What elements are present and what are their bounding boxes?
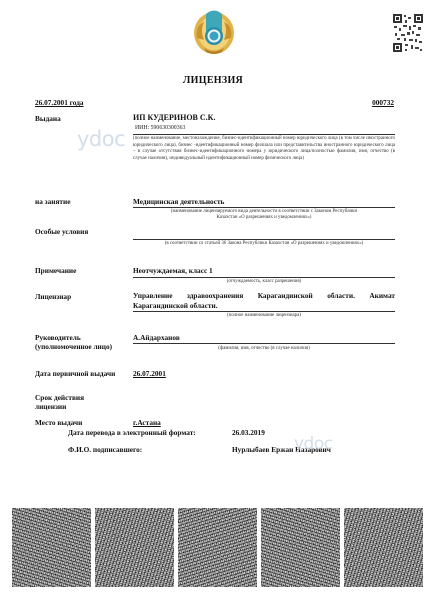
head-label: Руководитель (уполномоченное лицо) xyxy=(35,333,112,351)
licensee-name: ИП КУДЕРИНОВ С.К. xyxy=(133,113,215,122)
note-caption: (отчуждаемость, класс разрешения) xyxy=(133,279,395,285)
place-label: Место выдачи xyxy=(35,418,82,427)
watermark-left: ydoc xyxy=(77,127,125,151)
barcode-2-icon xyxy=(95,508,174,587)
barcode-5-icon xyxy=(344,508,423,587)
special-conditions-rule xyxy=(133,239,395,240)
licensor-caption: (полное наименование лицензиара) xyxy=(133,313,395,319)
primary-issue-value: 26.07.2001 xyxy=(133,369,166,378)
head-label-line1: Руководитель xyxy=(35,333,112,342)
barcode-3-icon xyxy=(178,508,257,587)
activity-rule xyxy=(133,207,395,208)
activity-caption: (наименование лицензируемого вида деятел… xyxy=(133,209,395,221)
state-emblem-icon xyxy=(192,8,236,56)
license-date: 26.07.2001 года xyxy=(35,98,84,107)
issued-to-rule xyxy=(133,134,395,135)
activity-value: Медицинская деятельность xyxy=(133,197,224,206)
document-title: ЛИЦЕНЗИЯ xyxy=(0,75,426,86)
conversion-date-label: Дата перевода в электронный формат: xyxy=(68,428,196,437)
head-label-line2: (уполномоченное лицо) xyxy=(35,342,112,351)
signer-label: Ф.И.О. подписавшего: xyxy=(68,445,142,454)
licensor-rule xyxy=(133,311,395,312)
license-number: 000732 xyxy=(372,98,394,107)
watermark-right: ydoc xyxy=(294,434,333,454)
validity-label: Срок действия лицензии xyxy=(35,393,84,411)
head-rule xyxy=(133,343,395,344)
licensor-value: Управление здравоохранения Карагандинско… xyxy=(133,291,395,310)
issued-to-caption: (полное наименование, местонахождение, б… xyxy=(133,136,395,162)
note-value: Неотчуждаемая, класс 1 xyxy=(133,266,213,275)
note-label: Примечание xyxy=(35,266,76,275)
licensee-iin: ИИН: 590630300363 xyxy=(135,125,185,131)
licensor-label: Лицензиар xyxy=(35,292,71,301)
validity-label-line1: Срок действия xyxy=(35,393,84,402)
barcode-1-icon xyxy=(12,508,91,587)
barcode-4-icon xyxy=(261,508,340,587)
note-rule xyxy=(133,277,395,278)
conversion-date-value: 26.03.2019 xyxy=(232,428,265,437)
head-value: А.Айдарханов xyxy=(133,333,180,342)
primary-issue-label: Дата первичной выдачи xyxy=(35,369,115,378)
issued-to-label: Выдана xyxy=(35,114,61,123)
qr-code-icon xyxy=(393,14,423,52)
activity-label: на занятие xyxy=(35,197,70,206)
place-value: г.Астана xyxy=(133,418,161,427)
special-conditions-label: Особые условия xyxy=(35,227,88,236)
head-caption: (фамилия, имя, отчество (в случае наличи… xyxy=(133,346,395,352)
validity-label-line2: лицензии xyxy=(35,402,84,411)
special-conditions-caption: (в соответствии со статьей 36 Закона Рес… xyxy=(133,241,395,247)
